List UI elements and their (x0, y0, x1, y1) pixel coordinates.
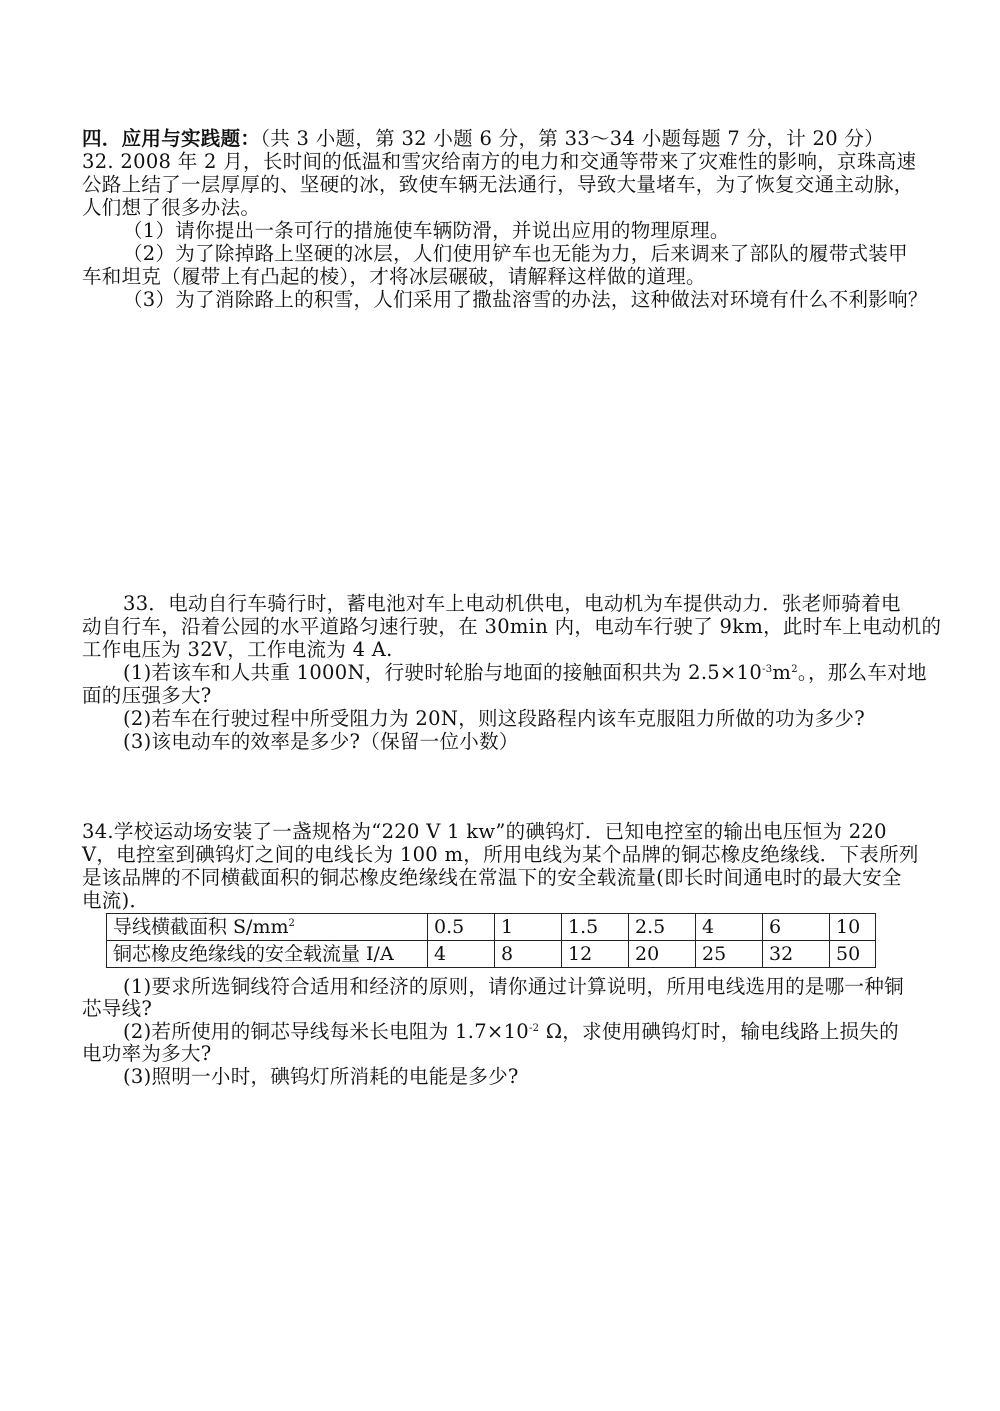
q33-stem-line: 工作电压为 32V，工作电流为 4 A. (82, 639, 393, 661)
row-header-cross-section: 导线横截面积 S/mm2 (107, 914, 428, 941)
q34-sub-1: (1)要求所选铜线符合适用和经济的原则，请你通过计算说明，所用电线选用的是哪一种… (123, 976, 904, 998)
q32-stem-line: 公路上结了一层厚厚的、坚硬的冰，致使车辆无法通行，导致大量堵车，为了恢复交通主动… (82, 174, 914, 196)
q33-sub-1-text: (1)若该车和人共重 1000N，行驶时轮胎与地面的接触面积共为 2.5×10 (123, 661, 762, 684)
q32-sub-2-cont: 车和坦克（履带上有凸起的棱），才将冰层碾破，请解释这样做的道理。 (82, 266, 706, 288)
section-score-note: （共 3 小题，第 32 小题 6 分，第 33～34 小题每题 7 分，计 2… (260, 127, 884, 150)
q33-sub-1: (1)若该车和人共重 1000N，行驶时轮胎与地面的接触面积共为 2.5×10-… (123, 662, 927, 684)
q33-sub-1-cont: 面的压强多大? (82, 685, 212, 707)
exponent: -3 (762, 664, 772, 675)
q33-sub-3: (3)该电动车的效率是多少?（保留一位小数） (123, 731, 519, 753)
q33-stem-line: 动自行车，沿着公园的水平道路匀速行驶，在 30min 内，电动车行驶了 9km，… (82, 616, 941, 638)
table-cell: 6 (763, 914, 830, 941)
table-cell: 50 (830, 941, 876, 968)
q34-sub-3: (3)照明一小时，碘钨灯所消耗的电能是多少? (123, 1066, 519, 1088)
q32-stem-line: 人们想了很多办法。 (82, 197, 260, 219)
row-header-safe-current: 铜芯橡皮绝缘线的安全载流量 I/A (107, 941, 428, 968)
table-cell: 1 (495, 914, 562, 941)
q34-sub-2-cont: 电功率为多大? (82, 1043, 212, 1065)
table-cell: 32 (763, 941, 830, 968)
table-cell: 0.5 (428, 914, 495, 941)
q34-stem-line: 是该品牌的不同横截面积的铜芯橡皮绝缘线在常温下的安全载流量(即长时间通电时的最大… (82, 867, 902, 889)
q34-stem-line: 电流)． (82, 890, 149, 912)
exponent: 2 (791, 664, 798, 675)
table-cell: 8 (495, 941, 562, 968)
table-cell: 10 (830, 914, 876, 941)
q34-sub-1-cont: 芯导线? (82, 998, 152, 1020)
q34-sub-2: (2)若所使用的铜芯导线每米长电阻为 1.7×10-2 Ω，求使用碘钨灯时，输电… (123, 1021, 899, 1043)
exponent: -2 (529, 1023, 539, 1034)
section-title: 四．应用与实践题： (82, 127, 260, 150)
q32-stem-line: 32. 2008 年 2 月，长时间的低温和雪灾给南方的电力和交通等带来了灾难性… (82, 151, 916, 173)
q34-stem-line: V，电控室到碘钨灯之间的电线长为 100 m，所用电线为某个品牌的铜芯橡皮绝缘线… (82, 844, 919, 866)
table-cell: 1.5 (562, 914, 629, 941)
q33-sub-1-text: 。，那么车对地 (798, 661, 927, 684)
q32-sub-1: （1）请你提出一条可行的措施使车辆防滑，并说出应用的物理原理。 (123, 220, 730, 242)
unit: m (772, 661, 791, 684)
table-cell: 2.5 (629, 914, 696, 941)
table-cell: 4 (696, 914, 763, 941)
wire-capacity-table: 导线横截面积 S/mm2 0.5 1 1.5 2.5 4 6 10 铜芯橡皮绝缘… (106, 913, 876, 968)
table-row: 导线横截面积 S/mm2 0.5 1 1.5 2.5 4 6 10 (107, 914, 876, 941)
section-heading: 四．应用与实践题：（共 3 小题，第 32 小题 6 分，第 33～34 小题每… (82, 128, 884, 150)
table-cell: 25 (696, 941, 763, 968)
q32-sub-2: （2）为了除掉路上坚硬的冰层，人们使用铲车也无能为力，后来调来了部队的履带式装甲 (123, 243, 908, 265)
table-cell: 20 (629, 941, 696, 968)
q34-sub-2-text: (2)若所使用的铜芯导线每米长电阻为 1.7×10 (123, 1020, 529, 1043)
q34-stem-line: 34.学校运动场安装了一盏规格为“220 V 1 kw”的碘钨灯．已知电控室的输… (82, 821, 887, 843)
q33-sub-2: (2)若车在行驶过程中所受阻力为 20N，则这段路程内该车克服阻力所做的功为多少… (123, 708, 865, 730)
table-cell: 12 (562, 941, 629, 968)
q34-sub-2-text: Ω，求使用碘钨灯时，输电线路上损失的 (539, 1020, 899, 1043)
q32-sub-3: （3）为了消除路上的积雪，人们采用了撒盐溶雪的办法，这种做法对环境有什么不利影响… (123, 289, 928, 311)
table-cell: 4 (428, 941, 495, 968)
table-row: 铜芯橡皮绝缘线的安全载流量 I/A 4 8 12 20 25 32 50 (107, 941, 876, 968)
q33-stem-line: 33．电动自行车骑行时，蓄电池对车上电动机供电，电动机为车提供动力．张老师骑着电 (123, 593, 901, 615)
